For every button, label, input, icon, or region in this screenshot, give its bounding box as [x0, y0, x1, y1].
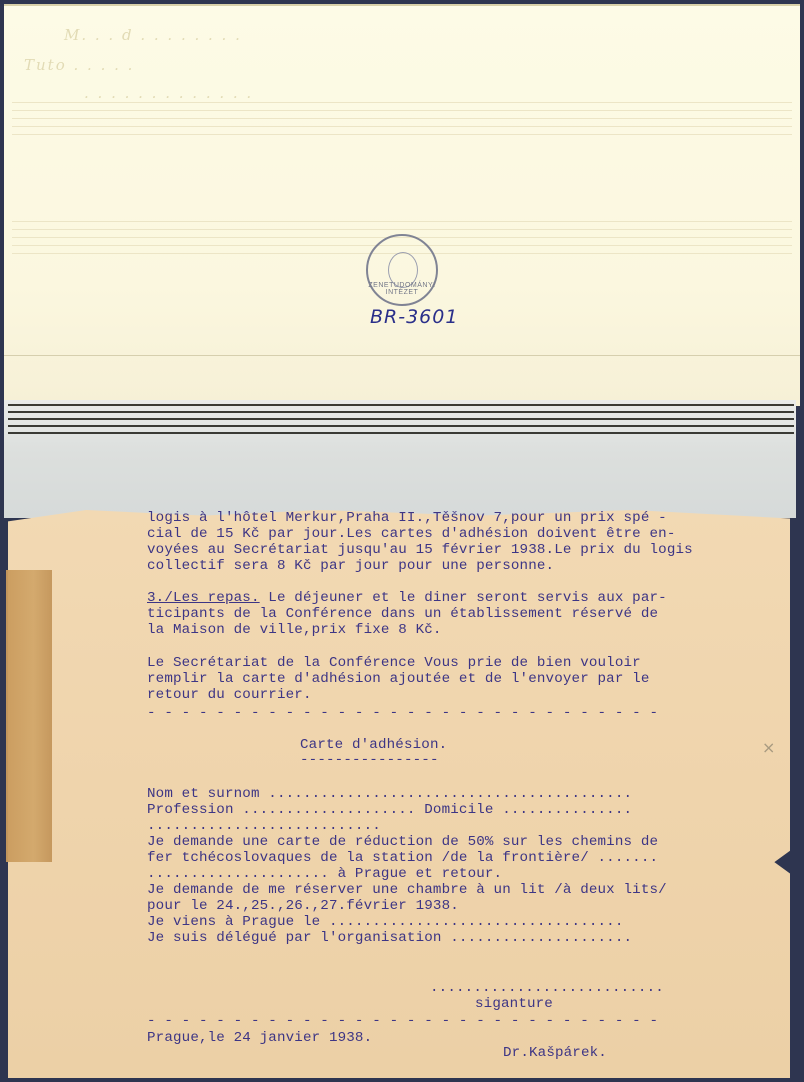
adhesive-tape [6, 570, 52, 862]
text-line: ticipants de la Conférence dans un établ… [147, 606, 667, 622]
folded-strip [4, 400, 796, 518]
text-line: collectif sera 8 Kč par jour pour une pe… [147, 558, 693, 574]
form-text-line: pour le 24.,25.,26.,27.février 1938. [147, 898, 667, 914]
faint-staff-line [12, 221, 792, 222]
meals-heading: 3./Les repas. [147, 590, 260, 606]
faint-handwriting-line: M. . . d . . . . . . . . [64, 26, 242, 44]
staff-line [8, 418, 794, 420]
text-line: retour du courrier. [147, 687, 650, 703]
upper-page: M. . . d . . . . . . . . Tuto . . . . . … [4, 4, 800, 406]
faint-handwriting-line: . . . . . . . . . . . . . [84, 84, 253, 102]
pencil-x-mark: × [762, 738, 775, 757]
staff-line [8, 425, 794, 427]
faint-handwriting-line: Tuto . . . . . [24, 56, 134, 74]
meals-paragraph: 3./Les repas. Le déjeuner et le diner se… [147, 590, 667, 638]
secretariat-request-paragraph: Le Secrétariat de la Conférence Vous pri… [147, 655, 650, 703]
form-field-name[interactable]: Nom et surnom ..........................… [147, 786, 667, 802]
lodging-paragraph: logis à l'hôtel Merkur,Praha II.,Těšnov … [147, 510, 693, 574]
text-line: logis à l'hôtel Merkur,Praha II.,Těšnov … [147, 510, 693, 526]
form-field-arrival-date[interactable]: Je viens à Prague le ...................… [147, 914, 667, 930]
form-field-continuation[interactable]: ........................... [147, 818, 667, 834]
text-line: Le déjeuner et le diner seront servis au… [260, 590, 667, 606]
signatory-name: Dr.Kašpárek. [503, 1045, 607, 1061]
faint-staff-line [12, 229, 792, 230]
place-and-date: Prague,le 24 janvier 1938. [147, 1030, 372, 1046]
form-text-line: Je demande une carte de réduction de 50%… [147, 834, 667, 850]
cut-line-bottom: - - - - - - - - - - - - - - - - - - - - … [147, 1013, 658, 1029]
reference-number: BR-3601 [370, 306, 458, 328]
form-text-line: Je demande de me réserver une chambre à … [147, 882, 667, 898]
signature-field[interactable]: ........................... [430, 980, 664, 996]
signature-label: siganture [475, 996, 553, 1012]
archive-stamp: ZENETUDOMÁNYI INTÉZET [366, 234, 438, 306]
text-line: cial de 15 Kč par jour.Les cartes d'adhé… [147, 526, 693, 542]
faint-staff-line [12, 118, 792, 119]
form-field-profession-domicile[interactable]: Profession .................... Domicile… [147, 802, 667, 818]
form-title: Carte d'adhésion. [300, 737, 447, 753]
cut-line-top: - - - - - - - - - - - - - - - - - - - - … [147, 705, 658, 721]
faint-staff-line [12, 110, 792, 111]
text-line: la Maison de ville,prix fixe 8 Kč. [147, 622, 667, 638]
form-field-organisation[interactable]: Je suis délégué par l'organisation .....… [147, 930, 667, 946]
form-title-underline: ---------------- [300, 752, 439, 768]
text-line: remplir la carte d'adhésion ajoutée et d… [147, 671, 650, 687]
faint-staff-line [12, 102, 792, 103]
faint-staff-line [12, 126, 792, 127]
stamp-text: ZENETUDOMÁNYI INTÉZET [368, 282, 436, 296]
membership-form: Nom et surnom ..........................… [147, 786, 667, 946]
text-line: voyées au Secrétariat jusqu'au 15 févrie… [147, 542, 693, 558]
faint-staff-line [12, 134, 792, 135]
staff-line [8, 411, 794, 413]
staff-line [8, 432, 794, 434]
staff-line [8, 404, 794, 406]
text-line: Le Secrétariat de la Conférence Vous pri… [147, 655, 650, 671]
form-field-station-continuation[interactable]: ..................... à Prague et retour… [147, 866, 667, 882]
form-field-station[interactable]: fer tchécoslovaques de la station /de la… [147, 850, 667, 866]
fold-line [4, 355, 800, 356]
